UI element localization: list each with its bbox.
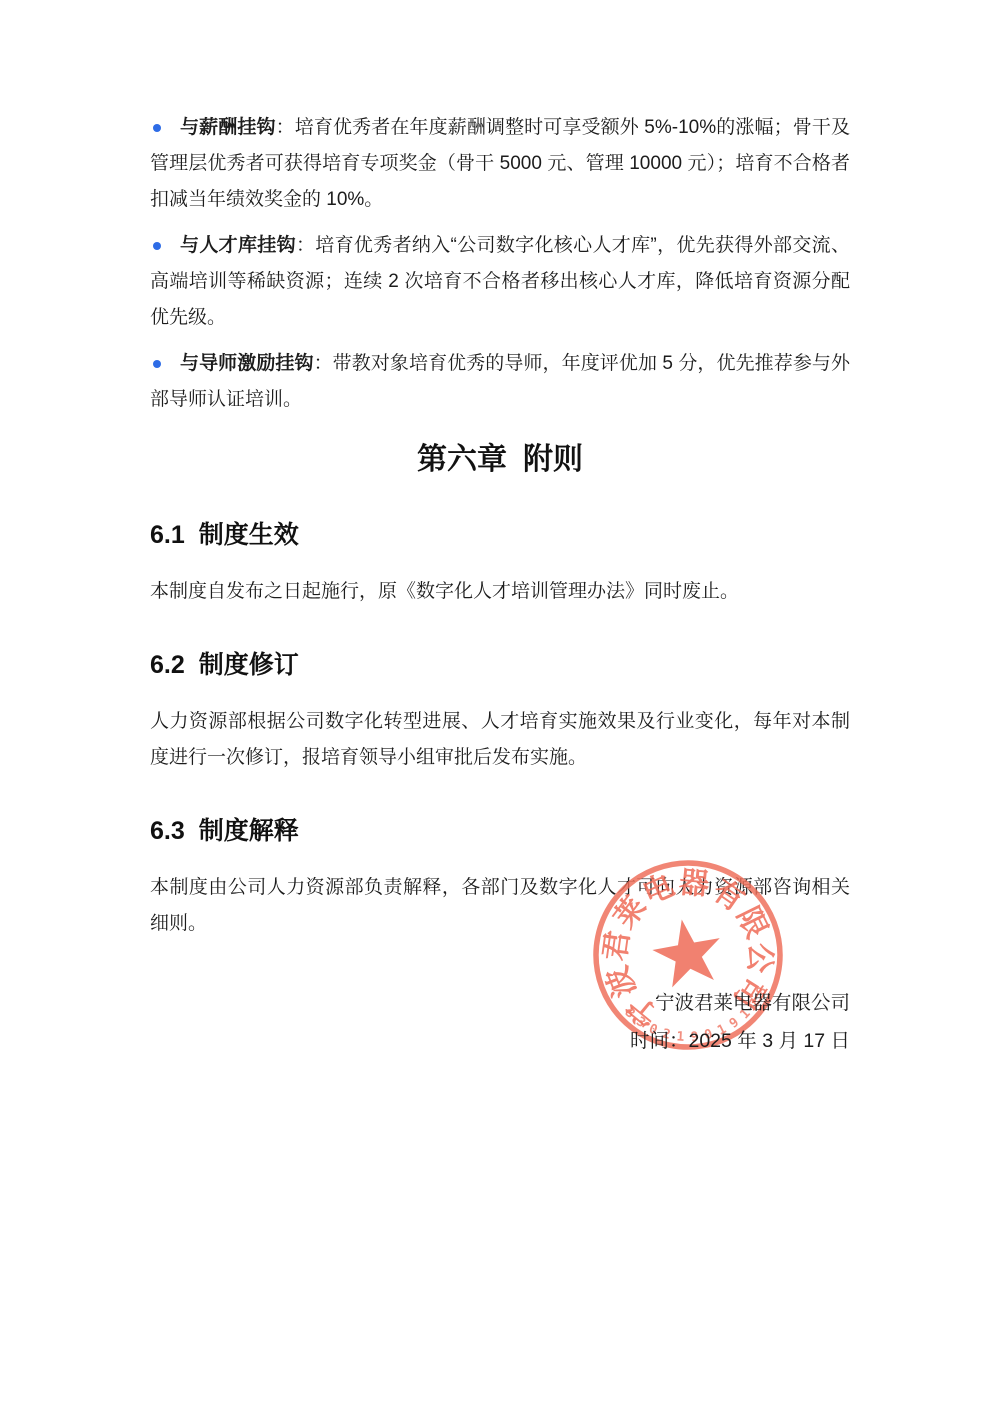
- list-item-mentor-incentive-link: 与导师激励挂钩：带教对象培育优秀的导师，年度评优加 5 分，优先推荐参与外部导师…: [150, 346, 850, 418]
- section-title: 制度生效: [199, 521, 299, 549]
- section-body: 本制度由公司人力资源部负责解释，各部门及数字化人才可向人力资源部咨询相关细则。: [150, 870, 850, 942]
- chapter-number: 第六章: [417, 443, 507, 476]
- bullet-label: 与人才库挂钩: [180, 235, 296, 256]
- signature-company-name: 宁波君莱电器有限公司: [630, 984, 850, 1022]
- bullet-paragraph: 与导师激励挂钩：带教对象培育优秀的导师，年度评优加 5 分，优先推荐参与外部导师…: [150, 346, 850, 418]
- bullet-paragraph: 与薪酬挂钩：培育优秀者在年度薪酬调整时可享受额外 5%-10%的涨幅；骨干及管理…: [150, 110, 850, 218]
- section-heading: 6.1制度生效: [150, 520, 850, 550]
- document-page: 与薪酬挂钩：培育优秀者在年度薪酬调整时可享受额外 5%-10%的涨幅；骨干及管理…: [0, 0, 1000, 1414]
- signature-date: 时间：2025 年 3 月 17 日: [630, 1022, 850, 1060]
- list-item-salary-link: 与薪酬挂钩：培育优秀者在年度薪酬调整时可享受额外 5%-10%的涨幅；骨干及管理…: [150, 110, 850, 218]
- section-heading: 6.2制度修订: [150, 650, 850, 680]
- section-title: 制度解释: [199, 817, 299, 845]
- section-heading: 6.3制度解释: [150, 816, 850, 846]
- section-body: 本制度自发布之日起施行，原《数字化人才培训管理办法》同时废止。: [150, 574, 850, 610]
- bullet-label: 与导师激励挂钩: [180, 353, 314, 374]
- section-number: 6.3: [150, 817, 185, 845]
- signature-block: 宁波君莱电器有限公司 时间：2025 年 3 月 17 日: [630, 984, 850, 1060]
- section-6-1: 6.1制度生效 本制度自发布之日起施行，原《数字化人才培训管理办法》同时废止。: [150, 520, 850, 610]
- incentive-bullet-list: 与薪酬挂钩：培育优秀者在年度薪酬调整时可享受额外 5%-10%的涨幅；骨干及管理…: [150, 110, 850, 418]
- section-body: 人力资源部根据公司数字化转型进展、人才培育实施效果及行业变化，每年对本制度进行一…: [150, 704, 850, 776]
- chapter-title: 附则: [523, 443, 583, 476]
- section-number: 6.1: [150, 521, 185, 549]
- chapter-heading: 第六章附则: [150, 440, 850, 480]
- bullet-dot-icon: [153, 242, 161, 250]
- section-6-3: 6.3制度解释 本制度由公司人力资源部负责解释，各部门及数字化人才可向人力资源部…: [150, 816, 850, 942]
- section-number: 6.2: [150, 651, 185, 679]
- bullet-dot-icon: [153, 124, 161, 132]
- bullet-label: 与薪酬挂钩: [180, 117, 276, 138]
- bullet-paragraph: 与人才库挂钩：培育优秀者纳入“公司数字化核心人才库”，优先获得外部交流、高端培训…: [150, 228, 850, 336]
- list-item-talent-pool-link: 与人才库挂钩：培育优秀者纳入“公司数字化核心人才库”，优先获得外部交流、高端培训…: [150, 228, 850, 336]
- section-6-2: 6.2制度修订 人力资源部根据公司数字化转型进展、人才培育实施效果及行业变化，每…: [150, 650, 850, 776]
- bullet-dot-icon: [153, 360, 161, 368]
- section-title: 制度修订: [199, 651, 299, 679]
